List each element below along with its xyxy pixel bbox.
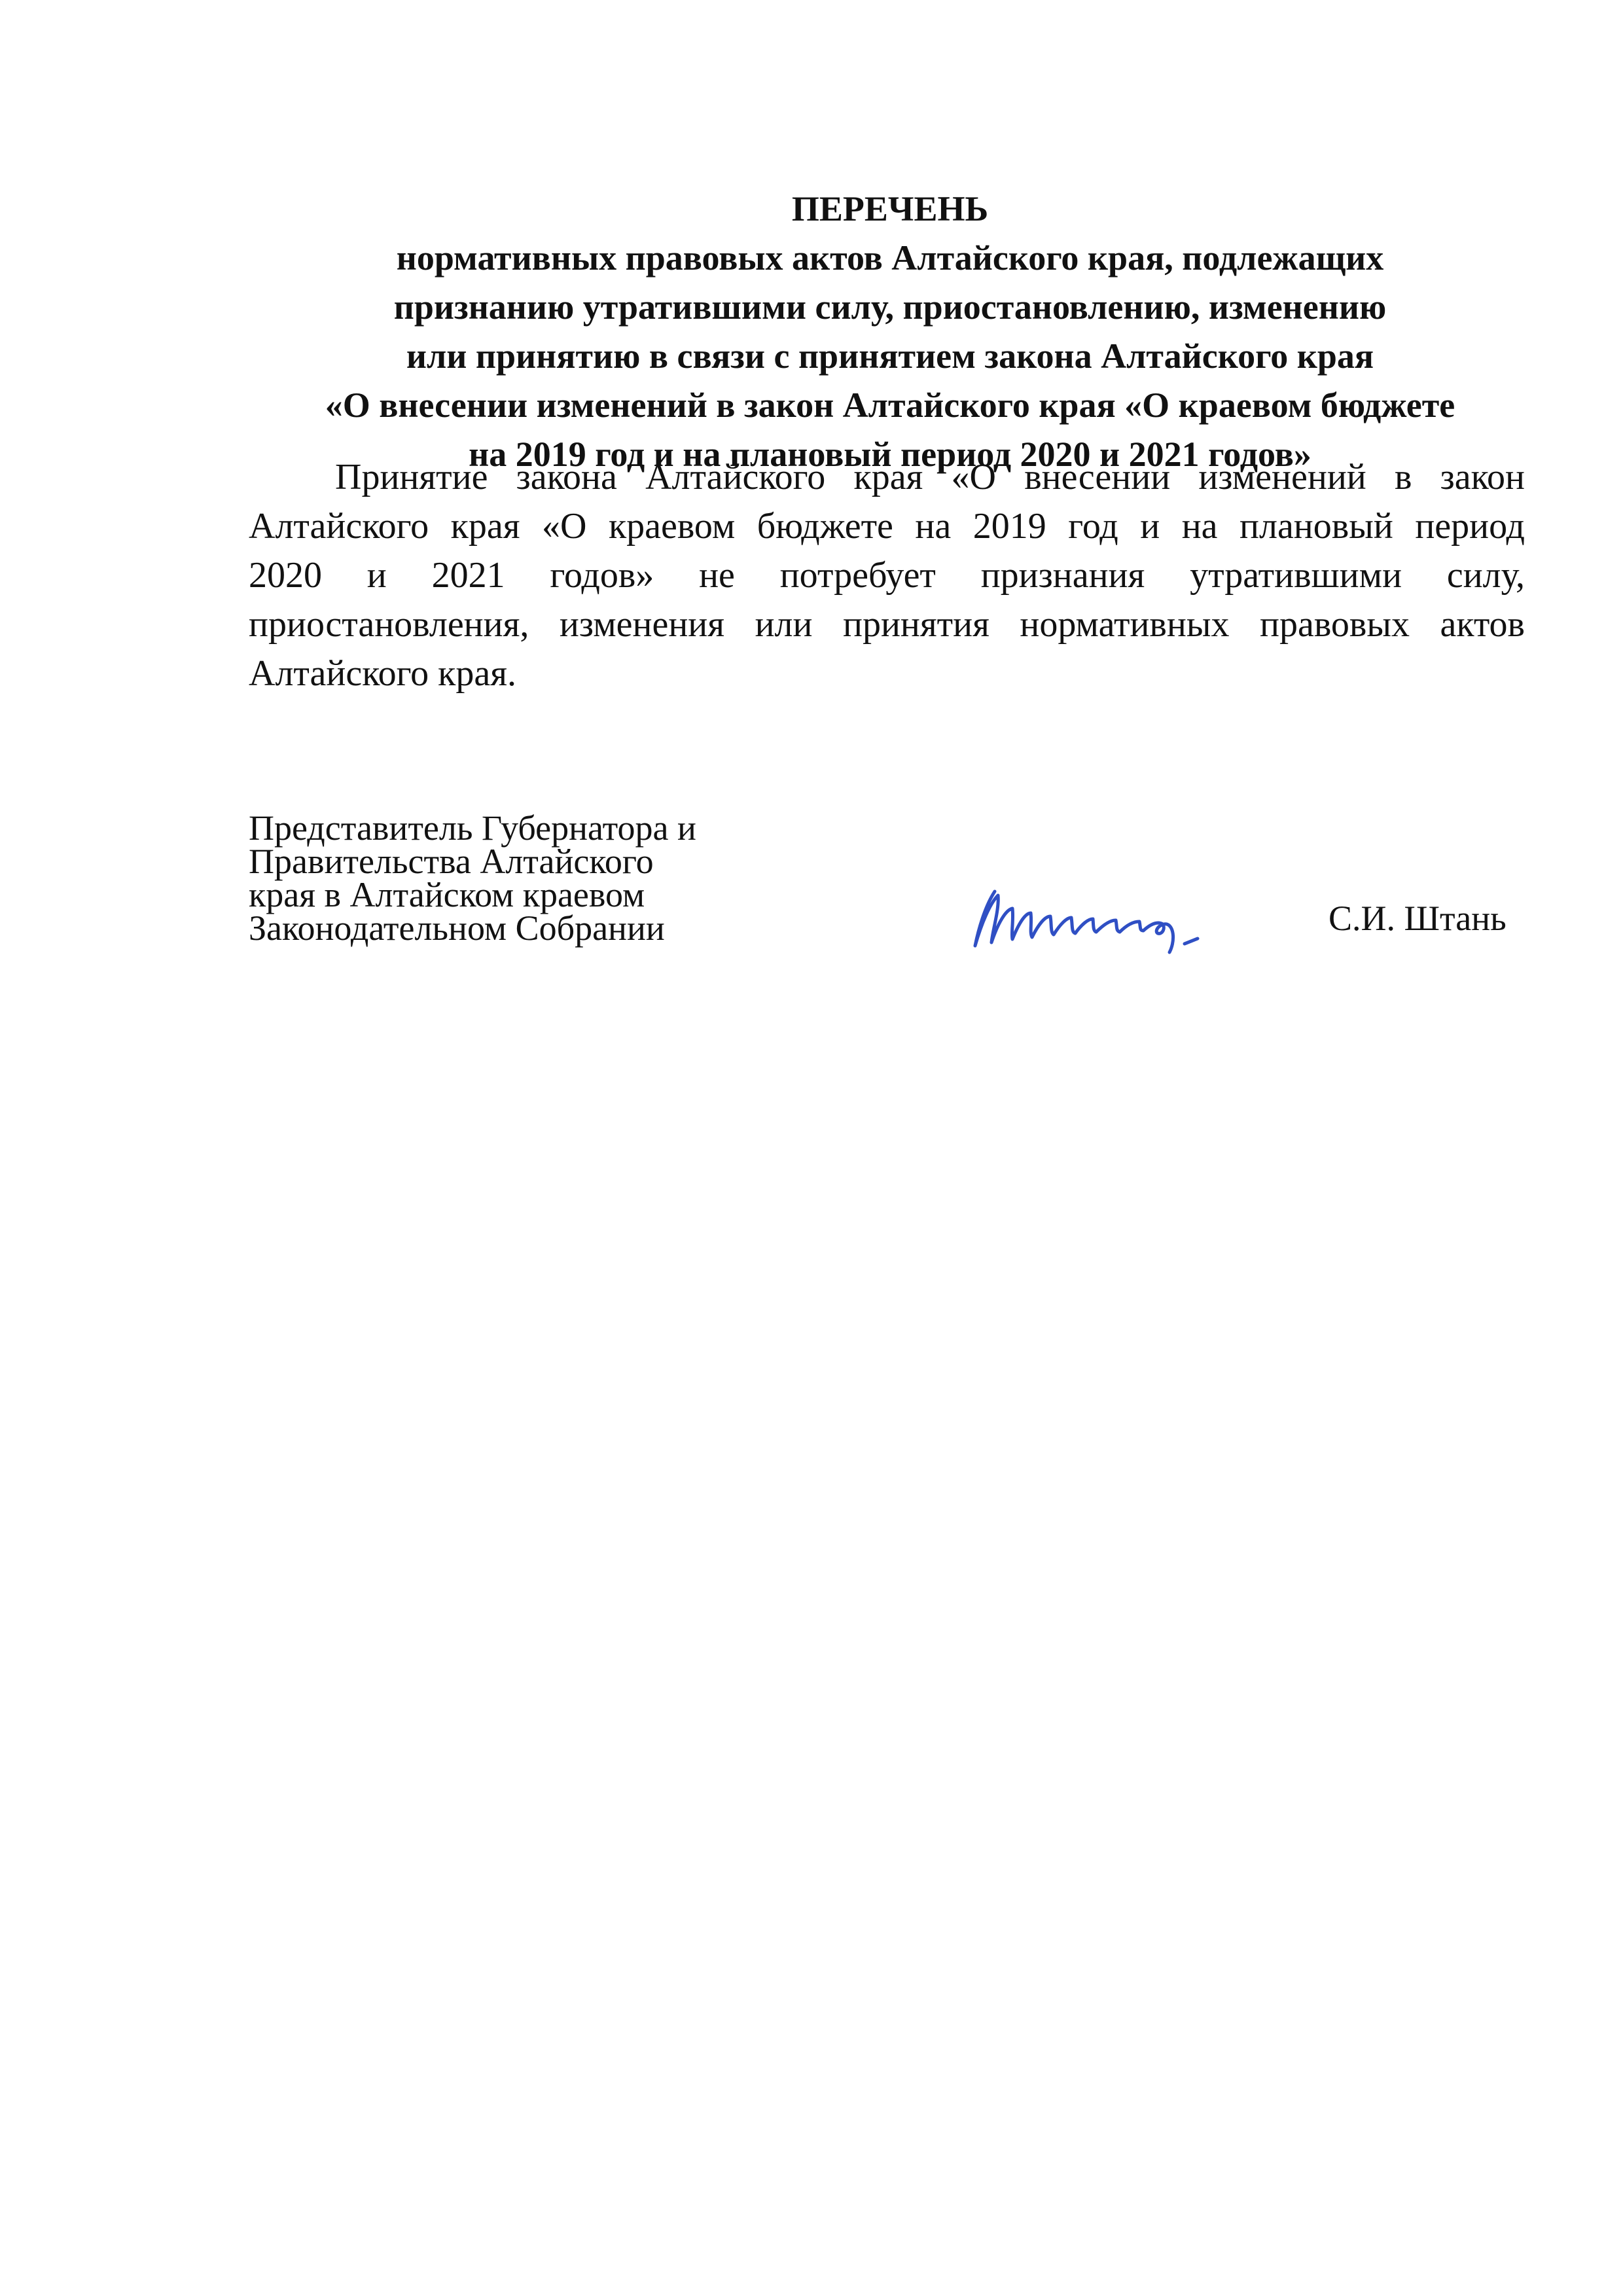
role-line: Законодательном Собрании [249,912,696,945]
role-line: края в Алтайском краевом [249,878,696,912]
body-line: Алтайского края. [249,649,1525,698]
role-line: Представитель Губернатора и [249,812,696,845]
body-line: Алтайского края «О краевом бюджете на 20… [249,502,1525,551]
title-line: «О внесении изменений в закон Алтайского… [249,381,1531,430]
signatory-role: Представитель Губернатора и Правительств… [249,812,696,945]
title-line: нормативных правовых актов Алтайского кр… [249,234,1531,283]
body-line: Принятие закона Алтайского края «О внесе… [249,453,1525,502]
title-heading: ПЕРЕЧЕНЬ [249,185,1531,234]
signatory-name: С.И. Штань [1329,898,1507,939]
title-line: признанию утратившими силу, приостановле… [249,283,1531,332]
handwritten-signature-icon [959,884,1299,956]
body-line: приостановления, изменения или принятия … [249,600,1525,649]
body-line: 2020 и 2021 годов» не потребует признани… [249,551,1525,600]
role-line: Правительства Алтайского [249,845,696,878]
body-paragraph: Принятие закона Алтайского края «О внесе… [249,453,1525,698]
title-line: или принятию в связи с принятием закона … [249,332,1531,381]
document-title: ПЕРЕЧЕНЬ нормативных правовых актов Алта… [249,185,1531,479]
